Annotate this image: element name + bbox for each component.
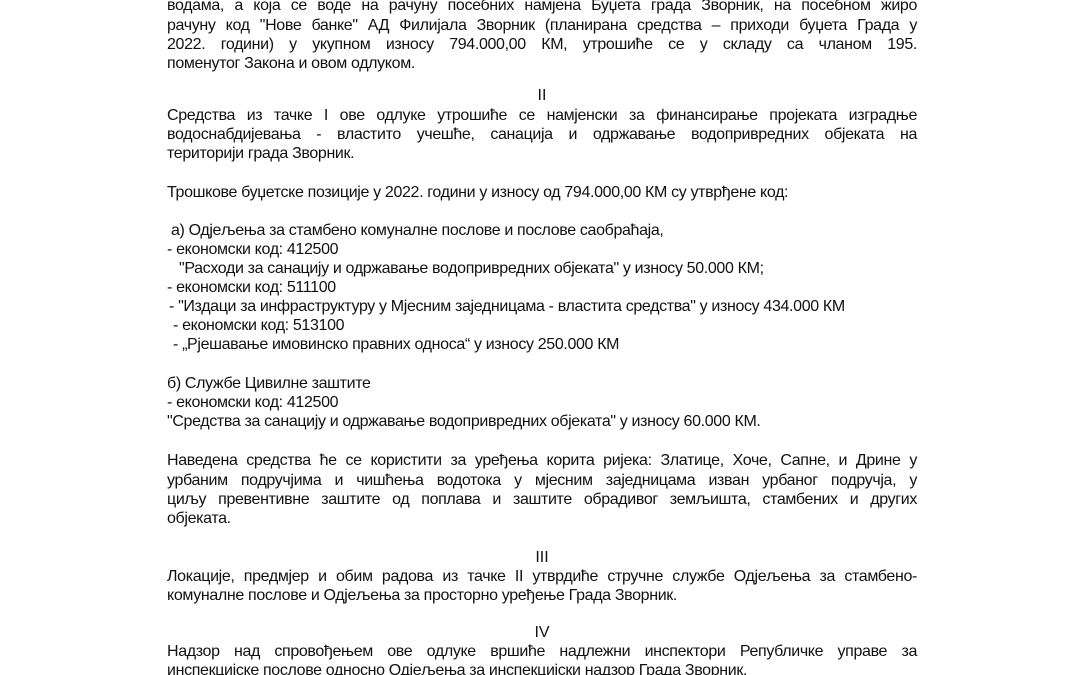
article-iv-paragraph-line: Надзор над спровођењем ове одлуке вршиће… [167,642,917,661]
article-iii-heading: III [167,548,917,567]
article-ii-paragraph-line: Средства из тачке I ове одлуке утрошиће … [167,106,917,125]
article-iv-paragraph-line: инспекцијске послове односно Одјељења за… [167,661,747,675]
section-a-line: "Расходи за санацију и одржавање водопри… [179,259,764,278]
section-b-line: "Средства за санацију и одржавање водопр… [167,412,761,431]
usage-paragraph-line: урбаним подручјима и чишћења водотока у … [167,471,917,490]
article-ii-paragraph-line: територији града Зворник. [167,144,354,163]
section-a-line: - "Издаци за инфраструктуру у Мјесним за… [169,297,845,316]
article-i-line: 2022. години) у укупном износу 794.000,0… [167,35,917,54]
usage-paragraph-line: објеката. [167,509,231,528]
article-iii-paragraph-line: Локације, предмјер и обим радова из тачк… [167,567,917,586]
section-a-line: - економски код: 511100 [167,278,336,297]
usage-paragraph-line: циљу превентивне заштите од поплава и за… [167,490,917,509]
article-ii-heading: II [167,86,917,105]
article-i-line: рачуну код "Нове банке" АД Филијала Звор… [167,16,917,35]
article-ii-paragraph-line: водоснабдијевања - властито учешће, сана… [167,125,917,144]
section-a-line: - економски код: 412500 [167,240,338,259]
article-i-line: поменутог Закона и овом одлуком. [167,54,415,73]
article-iv-heading: IV [167,623,917,642]
section-b-line: - економски код: 412500 [167,393,338,412]
section-a-title: а) Одјељења за стамбено комуналне послов… [171,221,663,240]
article-iii-paragraph-line: комуналне послове и Одјељења за просторн… [167,586,677,605]
document-page: водама, а која се воде на рачуну посебни… [167,0,917,675]
article-i-line: водама, а која се воде на рачуну посебни… [167,0,917,15]
section-b-title: б) Службе Цивилне заштите [167,374,371,393]
usage-paragraph-line: Наведена средства ће се користити за уре… [167,451,917,470]
section-a-line: - „Рјешавање имовинско правних односа“ у… [173,335,619,354]
section-a-line: - економски код: 513100 [173,316,344,335]
budget-intro: Трошкове буџетске позиције у 2022. годин… [167,183,788,202]
